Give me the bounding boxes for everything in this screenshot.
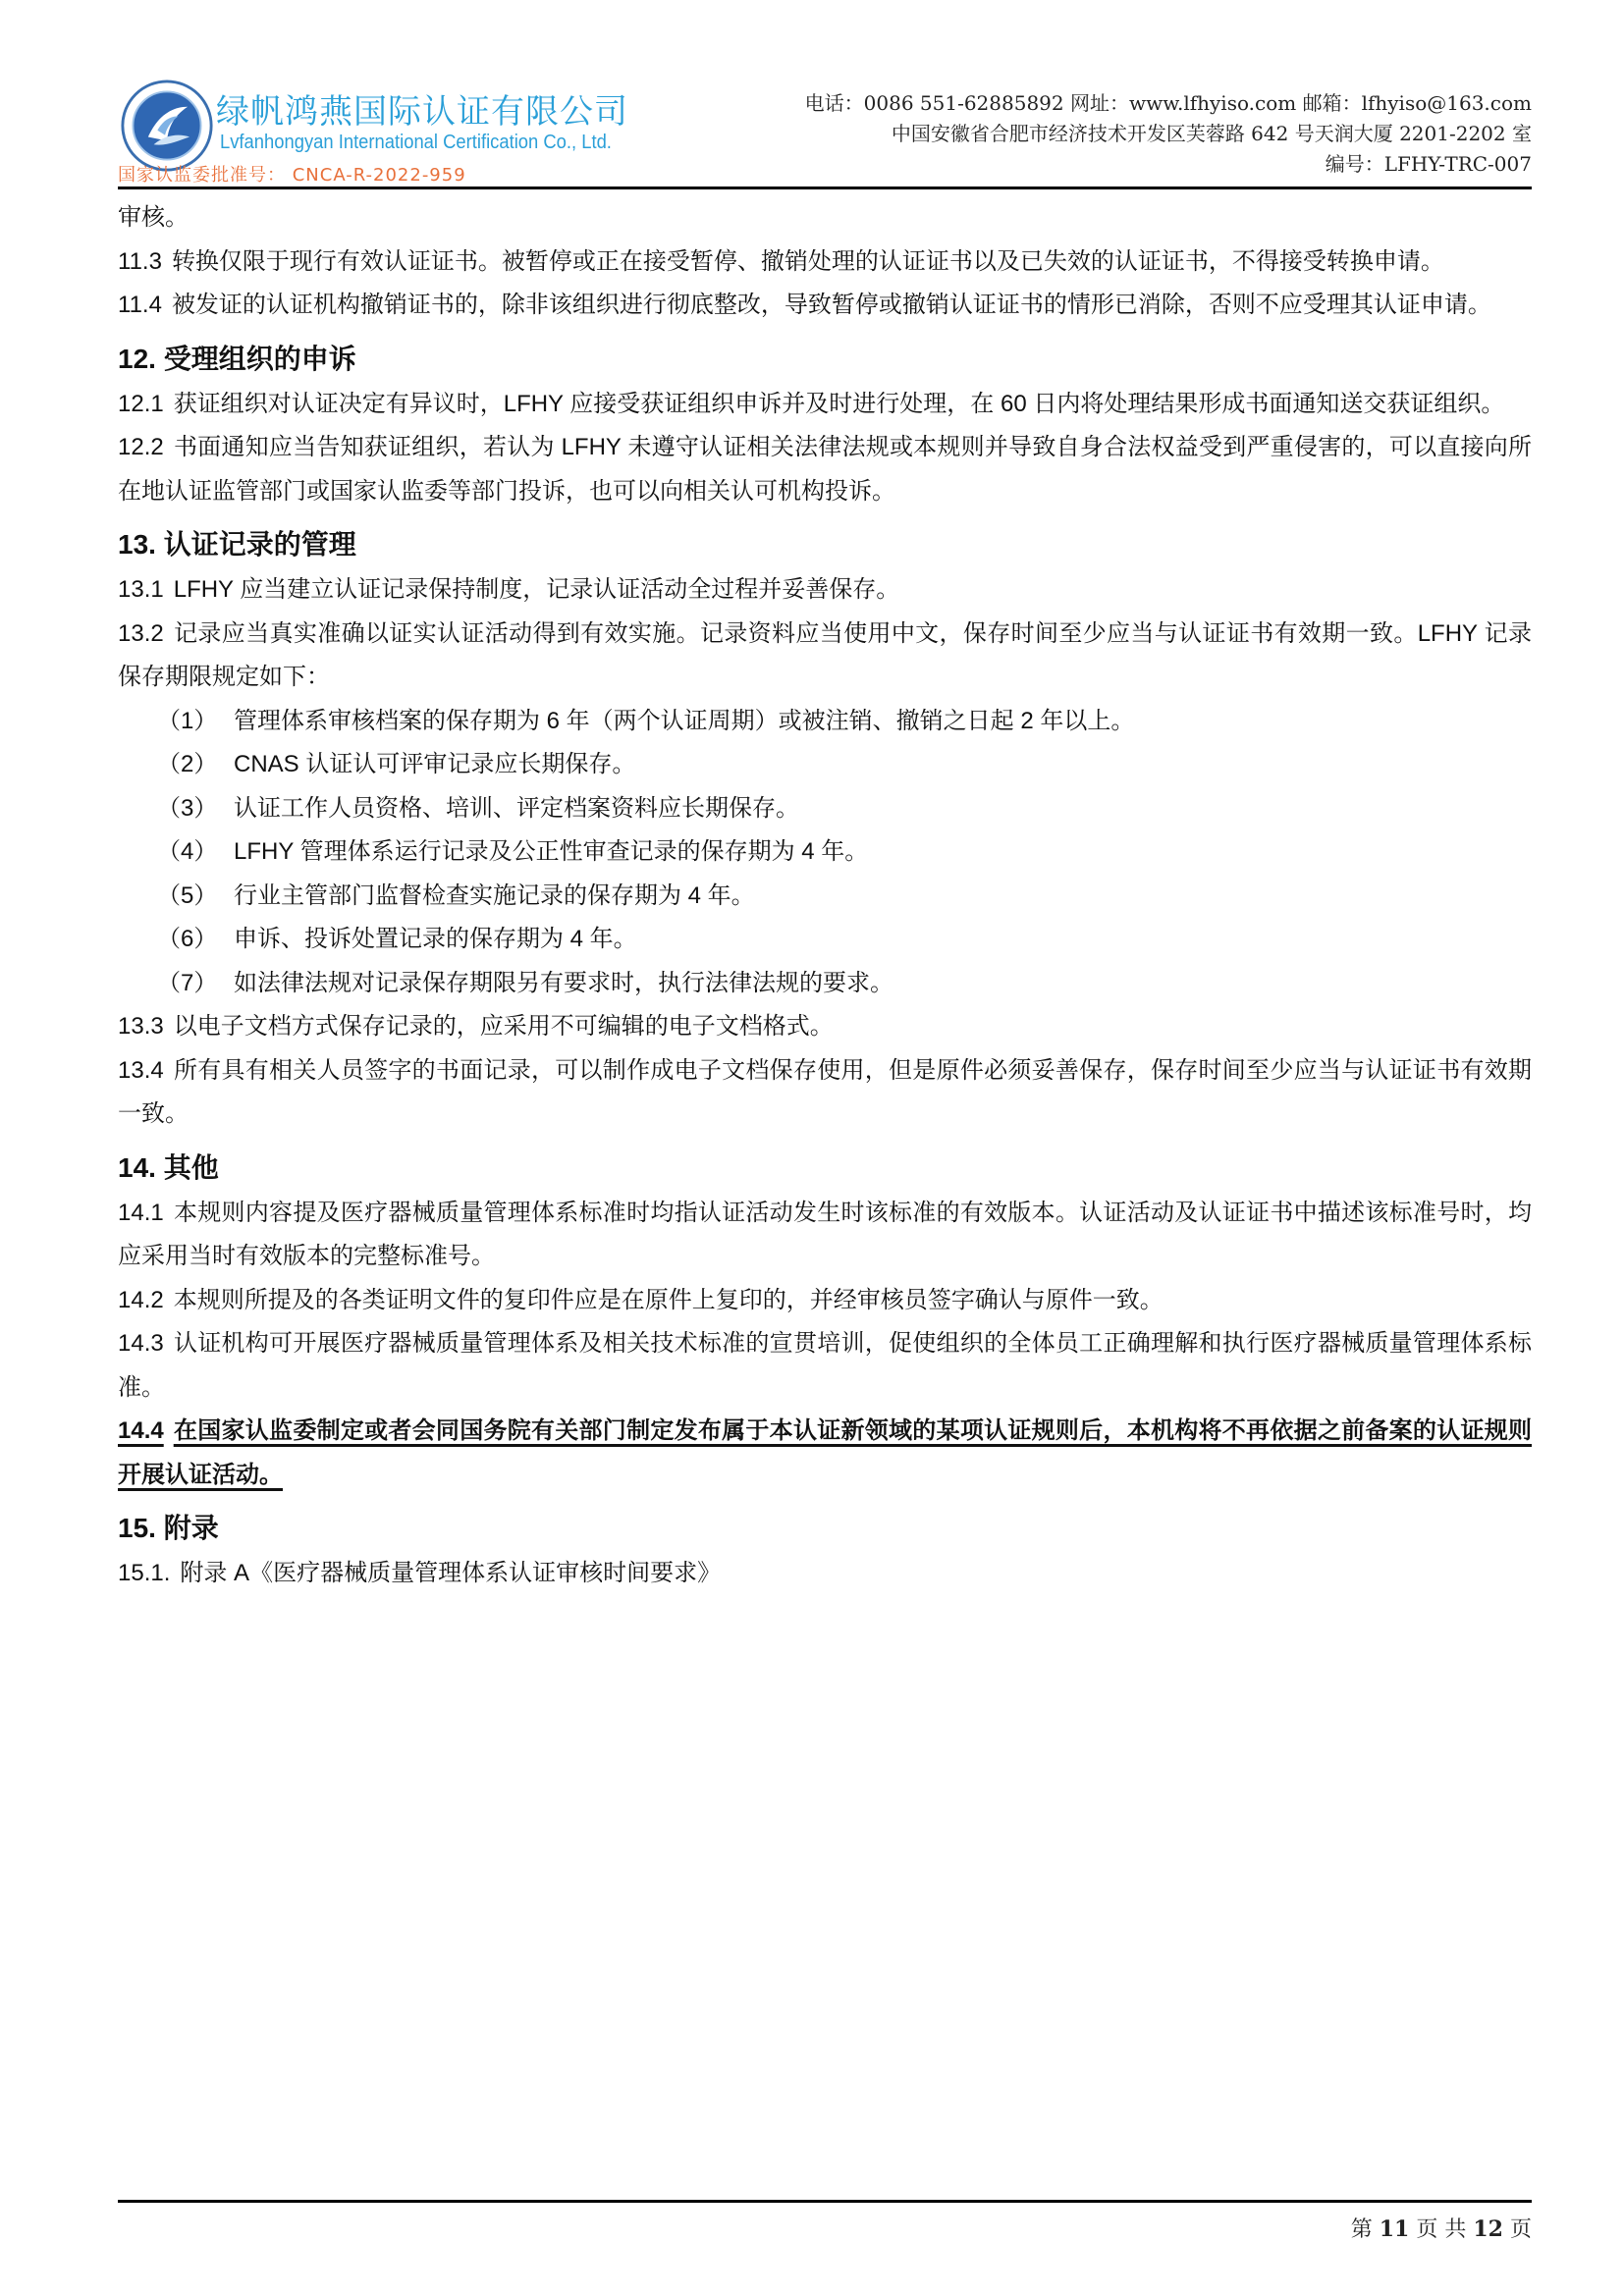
clause-11-3: 11.3转换仅限于现行有效认证证书。被暂停或正在接受暂停、撤销处理的认证证书以及… <box>118 240 1532 285</box>
section-13-heading: 13. 认证记录的管理 <box>118 521 1532 568</box>
company-name-en: Lvfanhongyan International Certification… <box>220 132 612 154</box>
contact-phone-web-email: 电话：0086 551-62885892 网址：www.lfhyiso.com … <box>805 88 1532 119</box>
clause-13-4: 13.4所有具有相关人员签字的书面记录，可以制作成电子文档保存使用，但是原件必须… <box>118 1049 1532 1137</box>
company-logo-icon <box>120 79 214 173</box>
document-body: 审核。 11.3转换仅限于现行有效认证证书。被暂停或正在接受暂停、撤销处理的认证… <box>118 196 1532 1596</box>
clause-13-2: 13.2记录应当真实准确以证实认证活动得到有效实施。记录资料应当使用中文，保存时… <box>118 613 1532 700</box>
list-item: （7）如法律法规对记录保存期限另有要求时，执行法律法规的要求。 <box>118 962 1532 1006</box>
page-header: 绿帆鸿燕国际认证有限公司 Lvfanhongyan International … <box>118 77 1532 187</box>
total-pages: 12 <box>1473 2216 1503 2242</box>
clause-11-4: 11.4被发证的认证机构撤销证书的，除非该组织进行彻底整改，导致暂停或撤销认证证… <box>118 284 1532 328</box>
section-15-heading: 15. 附录 <box>118 1505 1532 1552</box>
header-divider <box>118 187 1532 189</box>
clause-15-1: 15.1.附录 A《医疗器械质量管理体系认证审核时间要求》 <box>118 1552 1532 1596</box>
list-item: （1）管理体系审核档案的保存期为 6 年（两个认证周期）或被注销、撤销之日起 2… <box>118 700 1532 744</box>
contact-address: 中国安徽省合肥市经济技术开发区芙蓉路 642 号天润大厦 2201-2202 室 <box>805 119 1532 149</box>
clause-14-1: 14.1本规则内容提及医疗器械质量管理体系标准时均指认证活动发生时该标准的有效版… <box>118 1192 1532 1279</box>
company-name-cn: 绿帆鸿燕国际认证有限公司 <box>216 84 628 133</box>
clause-12-2: 12.2书面通知应当告知获证组织，若认为 LFHY 未遵守认证相关法律法规或本规… <box>118 426 1532 513</box>
continuation-text: 审核。 <box>118 196 1532 240</box>
list-item: （2）CNAS 认证认可评审记录应长期保存。 <box>118 743 1532 787</box>
section-14-heading: 14. 其他 <box>118 1145 1532 1192</box>
contact-block: 电话：0086 551-62885892 网址：www.lfhyiso.com … <box>805 88 1532 180</box>
section-12-heading: 12. 受理组织的申诉 <box>118 336 1532 383</box>
list-item: （5）行业主管部门监督检查实施记录的保存期为 4 年。 <box>118 875 1532 919</box>
clause-14-4: 14.4在国家认监委制定或者会同国务院有关部门制定发布属于本认证新领域的某项认证… <box>118 1410 1532 1497</box>
clause-14-2: 14.2本规则所提及的各类证明文件的复印件应是在原件上复印的，并经审核员签字确认… <box>118 1279 1532 1323</box>
footer-divider <box>118 2200 1532 2203</box>
current-page: 11 <box>1380 2216 1410 2242</box>
document-number: 编号：LFHY-TRC-007 <box>805 149 1532 180</box>
clause-14-3: 14.3认证机构可开展医疗器械质量管理体系及相关技术标准的宣贯培训，促使组织的全… <box>118 1322 1532 1410</box>
list-item: （6）申诉、投诉处置记录的保存期为 4 年。 <box>118 918 1532 962</box>
clause-13-3: 13.3以电子文档方式保存记录的，应采用不可编辑的电子文档格式。 <box>118 1005 1532 1049</box>
list-item: （4）LFHY 管理体系运行记录及公正性审查记录的保存期为 4 年。 <box>118 830 1532 875</box>
list-item: （3）认证工作人员资格、培训、评定档案资料应长期保存。 <box>118 787 1532 831</box>
page-number: 第 11 页 共 12 页 <box>1351 2213 1532 2243</box>
approval-number: 国家认监委批准号： CNCA-R-2022-959 <box>118 161 466 187</box>
clause-13-1: 13.1LFHY 应当建立认证记录保持制度，记录认证活动全过程并妥善保存。 <box>118 568 1532 613</box>
clause-12-1: 12.1获证组织对认证决定有异议时，LFHY 应接受获证组织申诉并及时进行处理，… <box>118 383 1532 427</box>
